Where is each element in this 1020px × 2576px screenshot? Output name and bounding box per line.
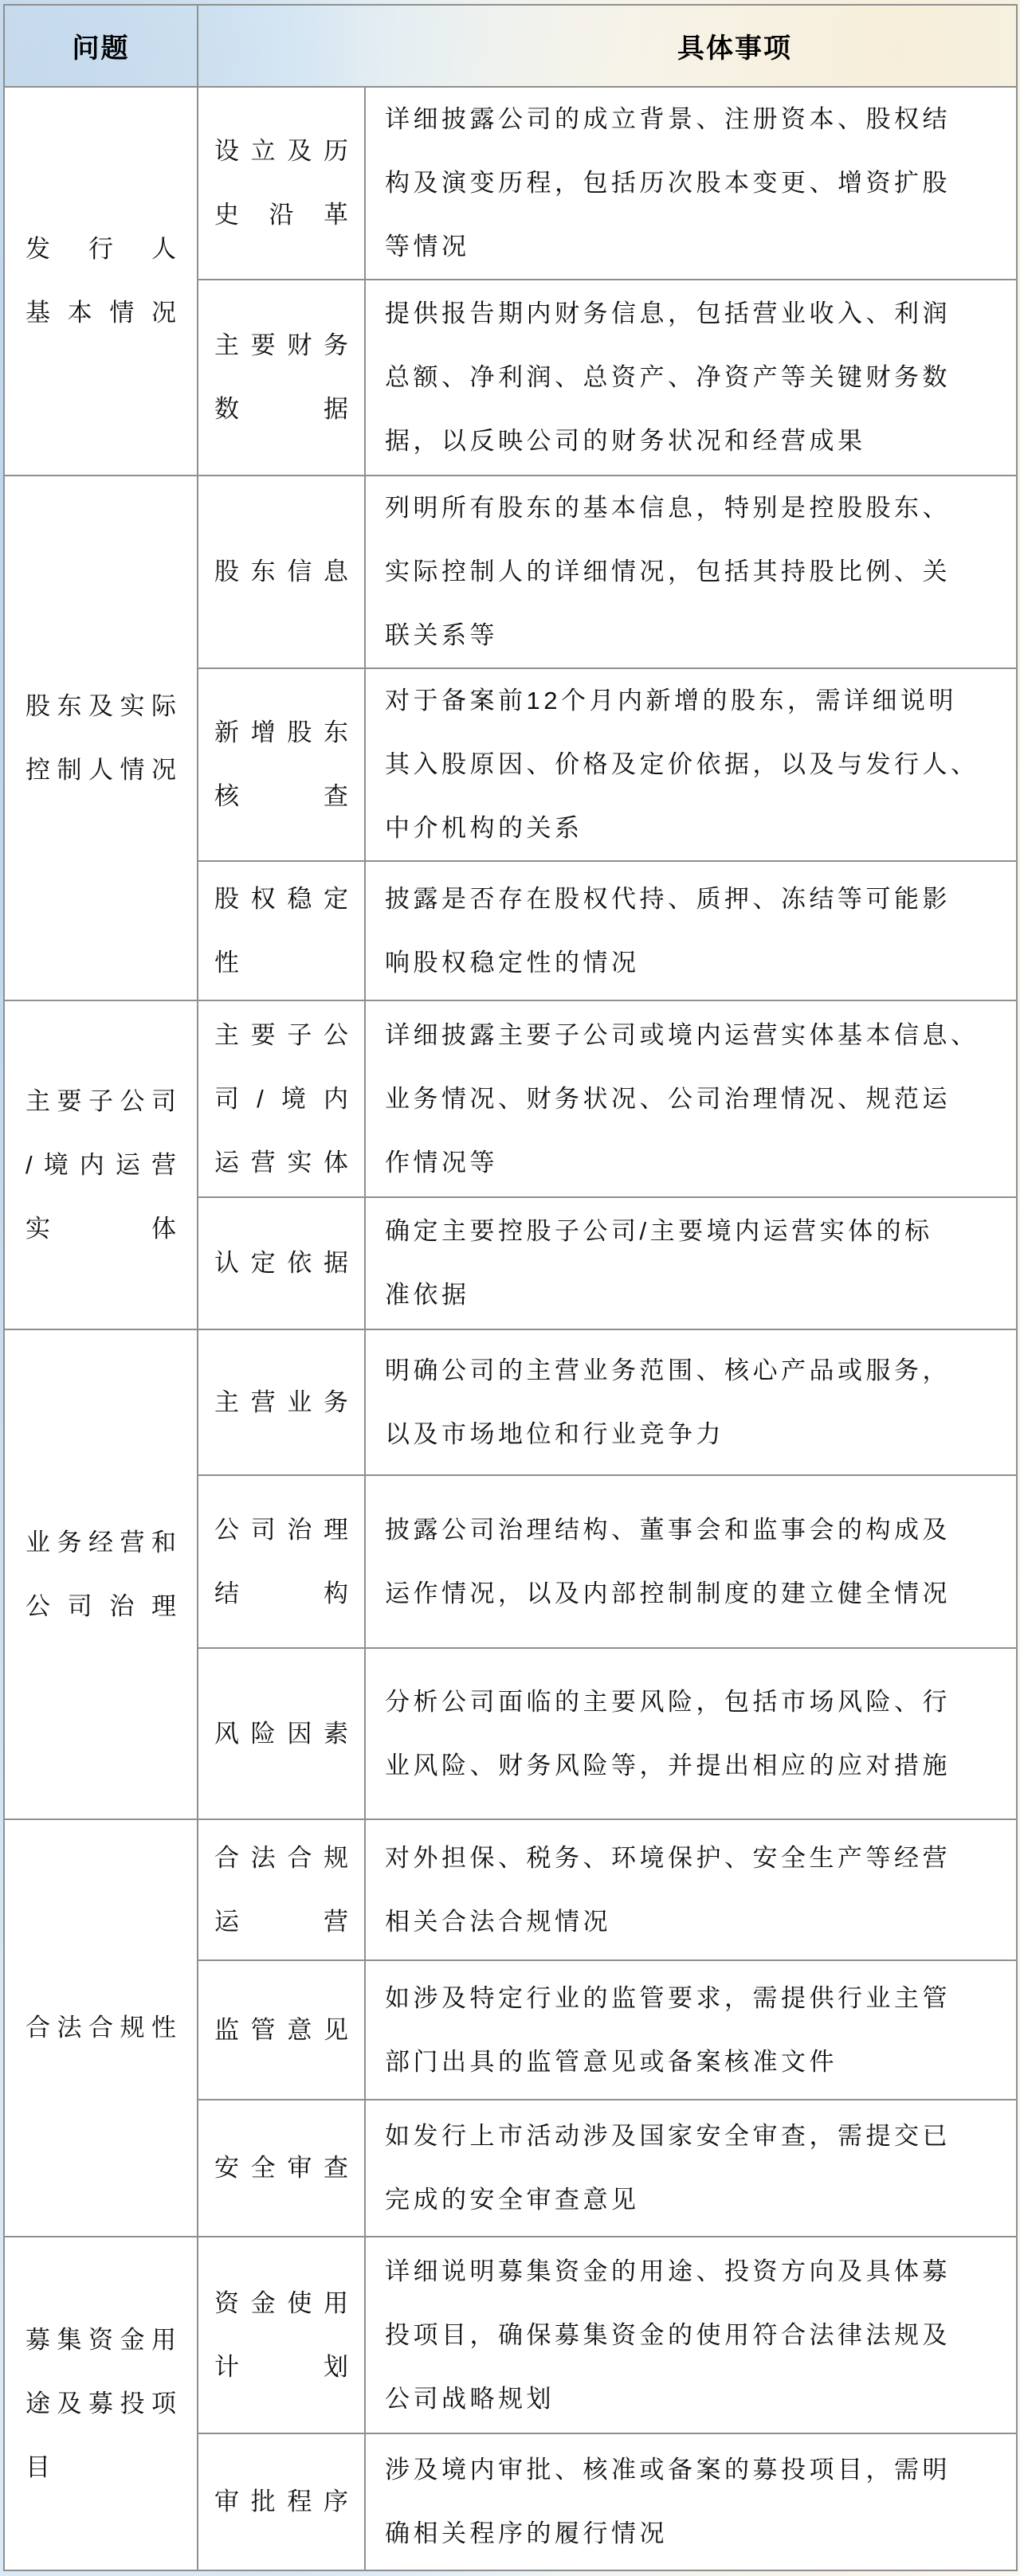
item-cell: 股权稳定 性 [198,861,365,1000]
detail-cell: 详细披露主要子公司或境内运营实体基本信息、 业务情况、财务状况、公司治理情况、规… [365,1000,1017,1197]
detail-cell: 明确公司的主营业务范围、核心产品或服务， 以及市场地位和行业竞争力 [365,1329,1017,1475]
item-cell: 认定依据 [198,1197,365,1329]
item-cell: 股东信息 [198,476,365,668]
item-cell: 主要子公 司/境内 运营实体 [198,1000,365,1197]
detail-cell: 披露是否存在股权代持、质押、冻结等可能影 响股权稳定性的情况 [365,861,1017,1000]
detail-cell: 分析公司面临的主要风险，包括市场风险、行 业风险、财务风险等，并提出相应的应对措… [365,1648,1017,1819]
table-row: 股东及实际 控制人情况 股东信息 列明所有股东的基本信息，特别是控股股东、 实际… [4,476,1017,668]
category-cell: 业务经营和 公司治理 [4,1329,198,1819]
item-cell: 合法合规 运营 [198,1819,365,1960]
detail-cell: 提供报告期内财务信息，包括营业收入、利润 总额、净利润、总资产、净资产等关键财务… [365,280,1017,476]
detail-cell: 涉及境内审批、核准或备案的募投项目，需明 确相关程序的履行情况 [365,2433,1017,2570]
header-col-issues: 问题 [4,5,198,87]
table-row: 募集资金用 途及募投项 目 资金使用 计划 详细说明募集资金的用途、投资方向及具… [4,2237,1017,2433]
detail-cell: 如发行上市活动涉及国家安全审查，需提交已 完成的安全审查意见 [365,2100,1017,2237]
item-cell: 新增股东 核查 [198,668,365,861]
detail-cell: 对于备案前12个月内新增的股东，需详细说明 其入股原因、价格及定价依据，以及与发… [365,668,1017,861]
table-row: 主要子公司 /境内运营 实体 主要子公 司/境内 运营实体 详细披露主要子公司或… [4,1000,1017,1197]
header-row: 问题 具体事项 [4,5,1017,87]
detail-cell: 确定主要控股子公司/主要境内运营实体的标 准依据 [365,1197,1017,1329]
item-cell: 主营业务 [198,1329,365,1475]
category-cell: 合法合规性 [4,1819,198,2237]
category-cell: 募集资金用 途及募投项 目 [4,2237,198,2570]
table-row: 业务经营和 公司治理 主营业务 明确公司的主营业务范围、核心产品或服务， 以及市… [4,1329,1017,1475]
item-cell: 审批程序 [198,2433,365,2570]
detail-cell: 对外担保、税务、环境保护、安全生产等经营 相关合法合规情况 [365,1819,1017,1960]
detail-cell: 列明所有股东的基本信息，特别是控股股东、 实际控制人的详细情况，包括其持股比例、… [365,476,1017,668]
detail-cell: 详细披露公司的成立背景、注册资本、股权结 构及演变历程，包括历次股本变更、增资扩… [365,87,1017,280]
detail-cell: 如涉及特定行业的监管要求，需提供行业主管 部门出具的监管意见或备案核准文件 [365,1960,1017,2100]
category-cell: 股东及实际 控制人情况 [4,476,198,1000]
requirements-table: 问题 具体事项 发行人 基本情况 设立及历 史沿革 详细披露公司的成立背景、注册… [3,4,1018,2571]
detail-cell: 详细说明募集资金的用途、投资方向及具体募 投项目，确保募集资金的使用符合法律法规… [365,2237,1017,2433]
item-cell: 安全审查 [198,2100,365,2237]
item-cell: 资金使用 计划 [198,2237,365,2433]
item-cell: 监管意见 [198,1960,365,2100]
item-cell: 公司治理 结构 [198,1475,365,1648]
detail-cell: 披露公司治理结构、董事会和监事会的构成及 运作情况，以及内部控制制度的建立健全情… [365,1475,1017,1648]
table-row: 合法合规性 合法合规 运营 对外担保、税务、环境保护、安全生产等经营 相关合法合… [4,1819,1017,1960]
item-cell: 风险因素 [198,1648,365,1819]
category-cell: 主要子公司 /境内运营 实体 [4,1000,198,1329]
header-col-details: 具体事项 [198,5,1017,87]
item-cell: 设立及历 史沿革 [198,87,365,280]
item-cell: 主要财务 数据 [198,280,365,476]
category-cell: 发行人 基本情况 [4,87,198,476]
page-background: 问题 具体事项 发行人 基本情况 设立及历 史沿革 详细披露公司的成立背景、注册… [0,0,1020,2576]
table-row: 发行人 基本情况 设立及历 史沿革 详细披露公司的成立背景、注册资本、股权结 构… [4,87,1017,280]
